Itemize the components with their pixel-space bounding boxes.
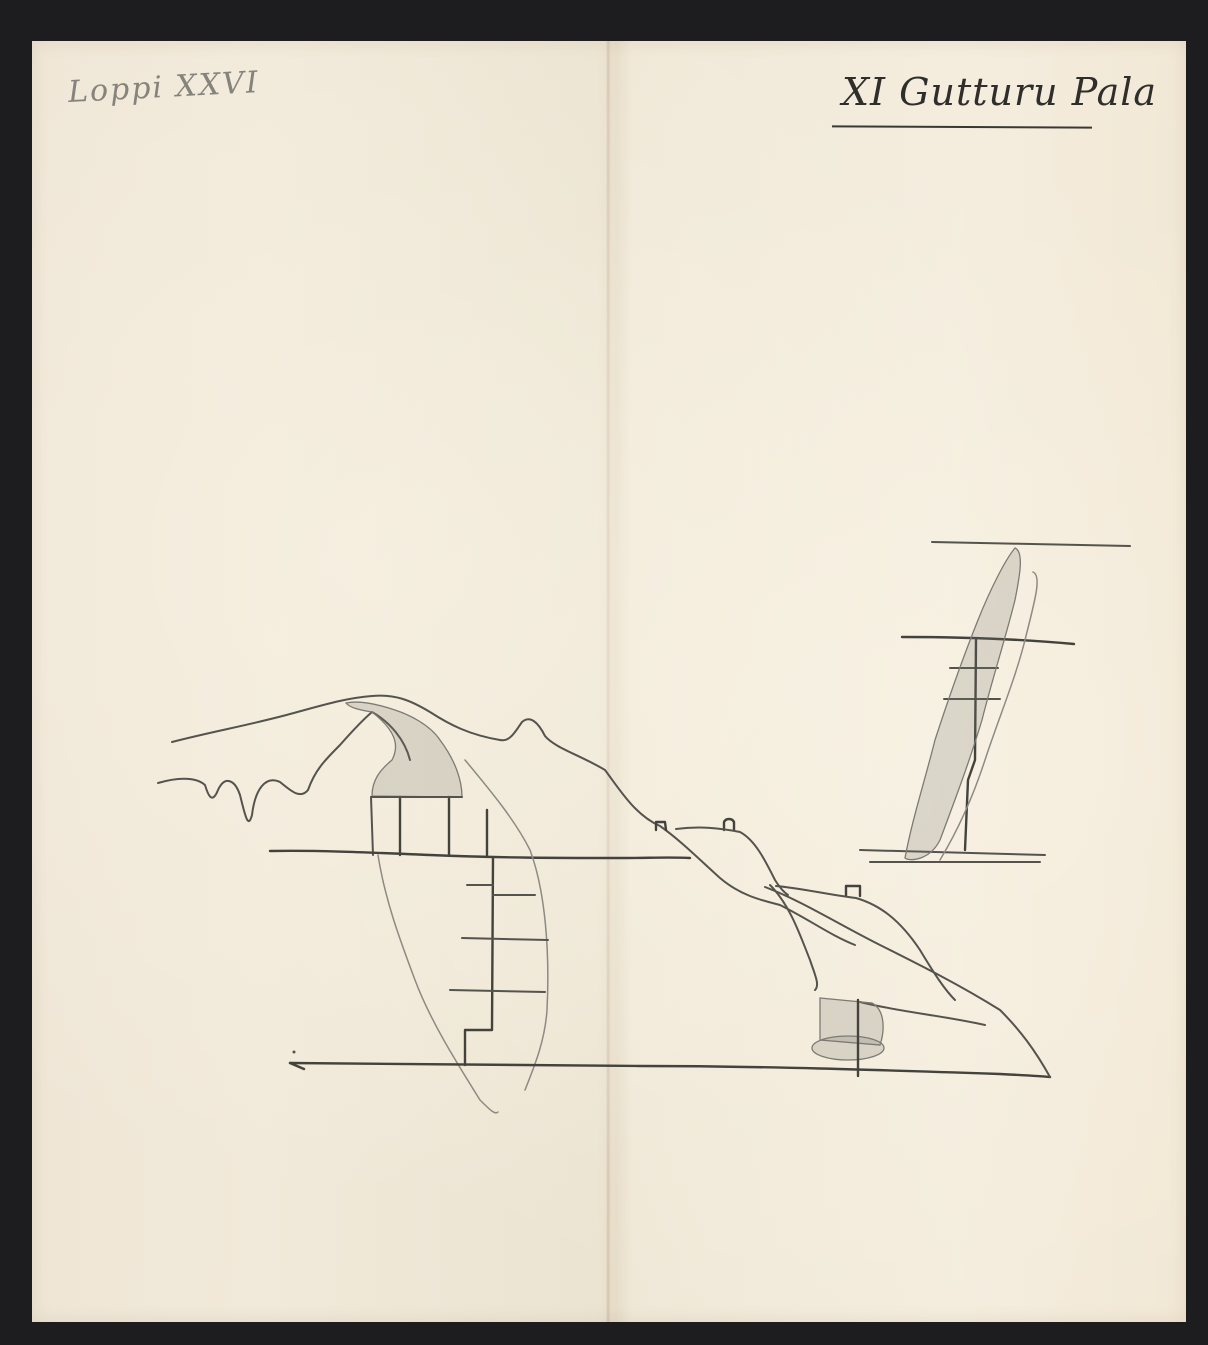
inclined-vein xyxy=(905,548,1020,860)
scan-background: Loppi XXVI XI Gutturu Pala xyxy=(0,0,1208,1345)
mountain-profile-sketch xyxy=(158,696,1050,1113)
building-3 xyxy=(846,886,860,896)
hatched-ore-ellipse xyxy=(812,1036,884,1060)
inclined-vein-sketch xyxy=(860,542,1130,862)
hatched-ore-body xyxy=(346,702,462,797)
building-2 xyxy=(724,819,734,830)
slope-buildings-sketch xyxy=(656,819,1050,1077)
pencil-sketch xyxy=(0,0,1208,1345)
